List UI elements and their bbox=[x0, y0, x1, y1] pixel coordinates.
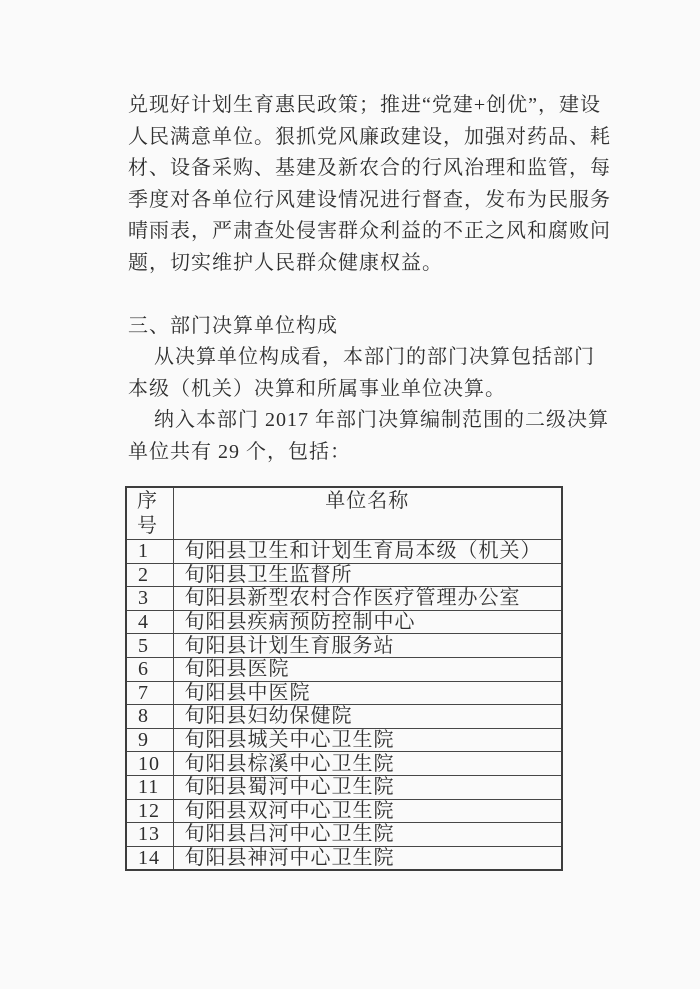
row-seq: 4 bbox=[126, 610, 173, 634]
table-header-row: 序号 单位名称 bbox=[126, 487, 562, 540]
paragraph-line: 兑现好计划生育惠民政策；推进“党建+创优”，建设 bbox=[128, 90, 568, 122]
paragraph-line: 单位共有 29 个，包括： bbox=[128, 437, 568, 469]
column-header-unit-name: 单位名称 bbox=[173, 487, 562, 540]
table-row: 14 旬阳县神河中心卫生院 bbox=[126, 846, 562, 870]
column-header-seq: 序号 bbox=[126, 487, 173, 540]
row-seq: 11 bbox=[126, 775, 173, 799]
paragraph-line: 本级（机关）决算和所属事业单位决算。 bbox=[128, 374, 568, 406]
document-content: 兑现好计划生育惠民政策；推进“党建+创优”，建设 人民满意单位。狠抓党风廉政建设… bbox=[128, 90, 568, 871]
row-seq: 12 bbox=[126, 799, 173, 823]
row-seq: 14 bbox=[126, 846, 173, 870]
table-row: 9 旬阳县城关中心卫生院 bbox=[126, 728, 562, 752]
table-row: 10 旬阳县棕溪中心卫生院 bbox=[126, 752, 562, 776]
row-seq: 2 bbox=[126, 563, 173, 587]
paragraph-line: 纳入本部门 2017 年部门决算编制范围的二级决算 bbox=[128, 405, 568, 437]
row-seq: 10 bbox=[126, 752, 173, 776]
row-unit-name: 旬阳县吕河中心卫生院 bbox=[173, 823, 562, 847]
row-seq: 3 bbox=[126, 587, 173, 611]
table-row: 6 旬阳县医院 bbox=[126, 657, 562, 681]
table-row: 5 旬阳县计划生育服务站 bbox=[126, 634, 562, 658]
row-seq: 1 bbox=[126, 540, 173, 564]
table-row: 13 旬阳县吕河中心卫生院 bbox=[126, 823, 562, 847]
row-unit-name: 旬阳县蜀河中心卫生院 bbox=[173, 775, 562, 799]
table-row: 4 旬阳县疾病预防控制中心 bbox=[126, 610, 562, 634]
paragraph-line: 人民满意单位。狠抓党风廉政建设，加强对药品、耗 bbox=[128, 122, 568, 154]
blank-line bbox=[128, 279, 568, 311]
paragraph-line: 季度对各单位行风建设情况进行督查，发布为民服务 bbox=[128, 185, 568, 217]
row-unit-name: 旬阳县妇幼保健院 bbox=[173, 705, 562, 729]
row-unit-name: 旬阳县医院 bbox=[173, 657, 562, 681]
row-seq: 9 bbox=[126, 728, 173, 752]
row-seq: 8 bbox=[126, 705, 173, 729]
row-seq: 13 bbox=[126, 823, 173, 847]
paragraph-line: 材、设备采购、基建及新农合的行风治理和监管，每 bbox=[128, 153, 568, 185]
table-row: 3 旬阳县新型农村合作医疗管理办公室 bbox=[126, 587, 562, 611]
table-row: 8 旬阳县妇幼保健院 bbox=[126, 705, 562, 729]
row-seq: 7 bbox=[126, 681, 173, 705]
row-unit-name: 旬阳县中医院 bbox=[173, 681, 562, 705]
row-seq: 6 bbox=[126, 657, 173, 681]
row-unit-name: 旬阳县棕溪中心卫生院 bbox=[173, 752, 562, 776]
row-unit-name: 旬阳县神河中心卫生院 bbox=[173, 846, 562, 870]
paragraph-line: 从决算单位构成看，本部门的部门决算包括部门 bbox=[128, 342, 568, 374]
row-unit-name: 旬阳县卫生监督所 bbox=[173, 563, 562, 587]
row-unit-name: 旬阳县城关中心卫生院 bbox=[173, 728, 562, 752]
paragraph-line: 晴雨表，严肃查处侵害群众利益的不正之风和腐败问 bbox=[128, 216, 568, 248]
row-unit-name: 旬阳县计划生育服务站 bbox=[173, 634, 562, 658]
table-row: 11 旬阳县蜀河中心卫生院 bbox=[126, 775, 562, 799]
units-table: 序号 单位名称 1 旬阳县卫生和计划生育局本级（机关） 2 旬阳县卫生监督所 3… bbox=[125, 486, 563, 871]
table-row: 2 旬阳县卫生监督所 bbox=[126, 563, 562, 587]
document-page: 兑现好计划生育惠民政策；推进“党建+创优”，建设 人民满意单位。狠抓党风廉政建设… bbox=[0, 0, 700, 989]
row-unit-name: 旬阳县双河中心卫生院 bbox=[173, 799, 562, 823]
paragraph-line: 题，切实维护人民群众健康权益。 bbox=[128, 248, 568, 280]
table-row: 7 旬阳县中医院 bbox=[126, 681, 562, 705]
row-unit-name: 旬阳县疾病预防控制中心 bbox=[173, 610, 562, 634]
row-seq: 5 bbox=[126, 634, 173, 658]
section-heading: 三、部门决算单位构成 bbox=[128, 311, 568, 343]
row-unit-name: 旬阳县卫生和计划生育局本级（机关） bbox=[173, 540, 562, 564]
table-row: 12 旬阳县双河中心卫生院 bbox=[126, 799, 562, 823]
row-unit-name: 旬阳县新型农村合作医疗管理办公室 bbox=[173, 587, 562, 611]
table-row: 1 旬阳县卫生和计划生育局本级（机关） bbox=[126, 540, 562, 564]
